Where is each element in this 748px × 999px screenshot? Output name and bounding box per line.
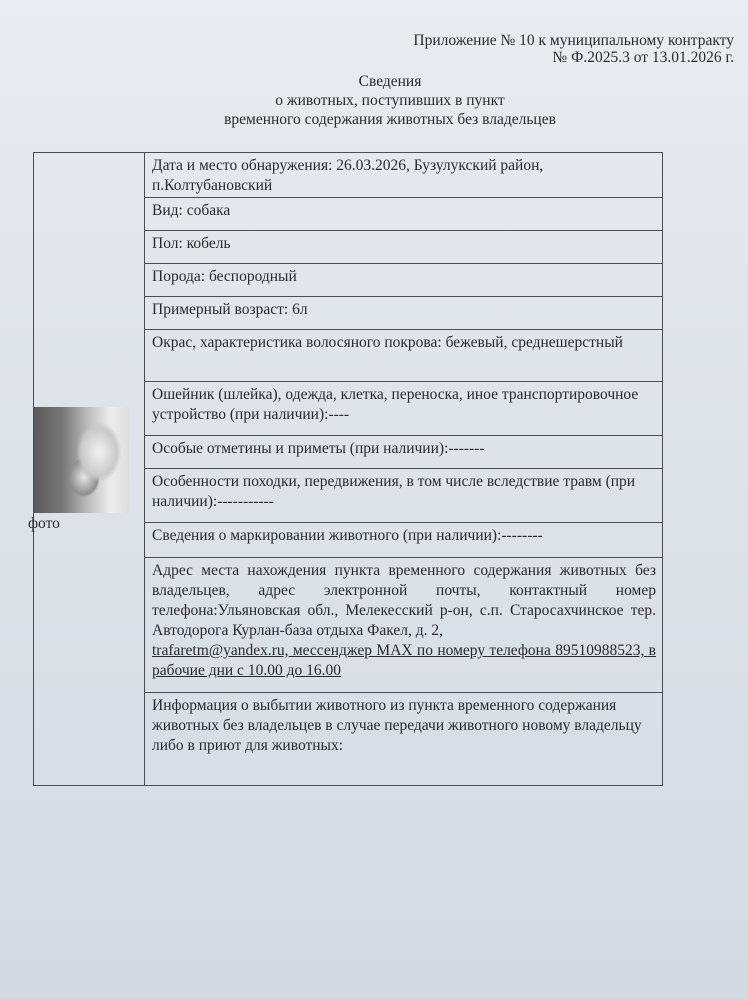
row-shelter-address: Адрес места нахождения пункта временного… [145,558,662,693]
row-disposal-info: Информация о выбытии животного из пункта… [145,693,662,787]
shelter-address-text: Адрес места нахождения пункта временного… [152,562,656,639]
title-line-2: о животных, поступивших в пункт [200,91,580,110]
row-age: Примерный возраст: 6л [145,297,662,330]
shelter-contact: trafaretm@yandex.ru, мессенджер MAX по н… [152,642,656,679]
annex-reference: Приложение № 10 к муниципальному контрак… [413,32,734,66]
document-title: Сведения о животных, поступивших в пункт… [200,72,580,129]
photo-cell: фото [34,153,145,785]
row-special-marks: Особые отметины и приметы (при наличии):… [145,436,662,469]
row-species: Вид: собака [145,198,662,231]
row-discovery-date-place: Дата и место обнаружения: 26.03.2026, Бу… [145,153,662,198]
row-collar-transport: Ошейник (шлейка), одежда, клетка, перено… [145,382,662,436]
row-marking: Сведения о маркировании животного (при н… [145,523,662,558]
photo-label: фото [28,515,60,533]
annex-line-1: Приложение № 10 к муниципальному контрак… [413,32,734,49]
row-sex: Пол: кобель [145,231,662,264]
row-breed: Порода: беспородный [145,264,662,297]
dog-photo [34,407,129,513]
row-coat: Окрас, характеристика волосяного покрова… [145,330,662,382]
animal-info-table: фото Дата и место обнаружения: 26.03.202… [33,152,663,786]
annex-line-2: № Ф.2025.3 от 13.01.2026 г. [413,49,734,66]
title-line-3: временного содержания животных без владе… [200,110,580,129]
row-gait: Особенности походки, передвижения, в том… [145,469,662,523]
title-line-1: Сведения [200,72,580,91]
info-rows: Дата и место обнаружения: 26.03.2026, Бу… [145,153,662,787]
